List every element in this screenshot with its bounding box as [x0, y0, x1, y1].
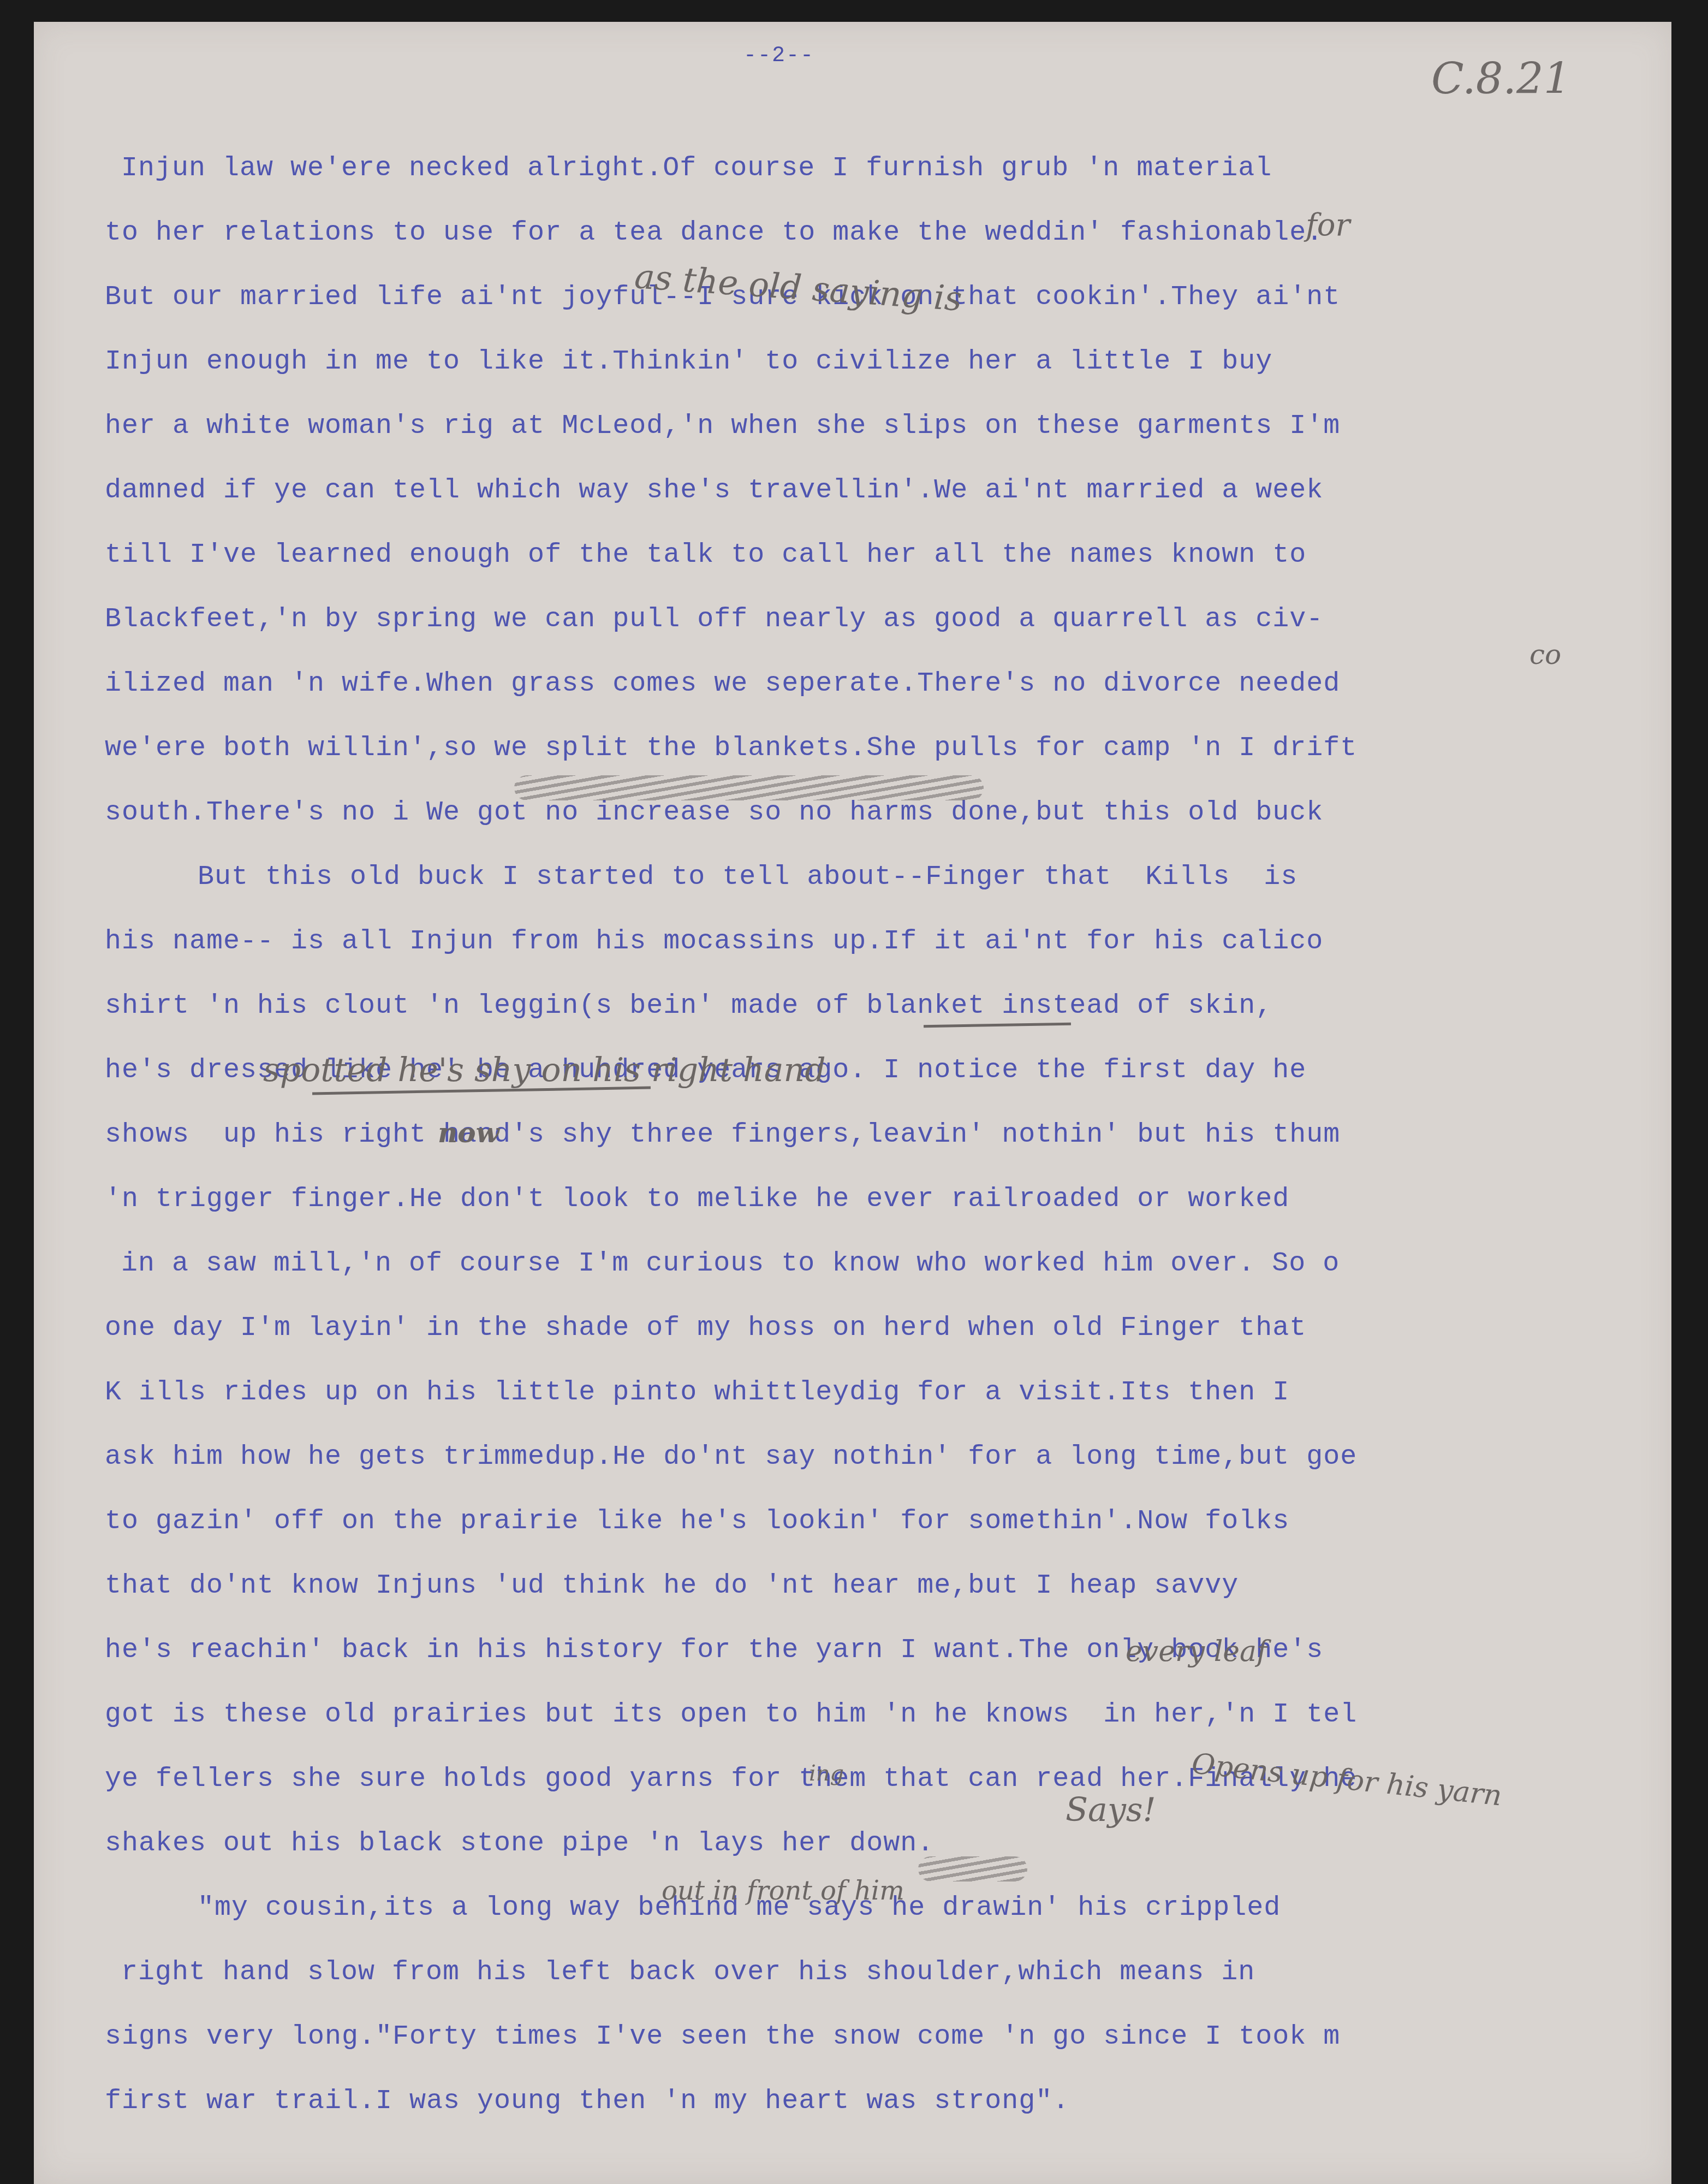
scribble-strikeout — [514, 775, 984, 800]
body-text: Injun law we'ere necked alright.Of cours… — [105, 136, 1579, 2134]
archive-reference: C.8.21 — [1431, 55, 1570, 104]
text-line: K ills rides up on his little pinto whit… — [105, 1361, 1579, 1425]
text-line: Injun law we'ere necked alright.Of cours… — [105, 136, 1579, 201]
text-line: one day I'm layin' in the shade of my ho… — [105, 1296, 1579, 1361]
typewritten-page: --2-- C.8.21 Injun law we'ere necked alr… — [34, 22, 1671, 2184]
text-line: signs very long."Forty times I've seen t… — [105, 2005, 1579, 2069]
text-line: in a saw mill,'n of course I'm curious t… — [105, 1232, 1579, 1296]
annotation-every-leaf: every leaf — [1126, 1635, 1267, 1668]
text-line: right hand slow from his left back over … — [105, 1940, 1579, 2005]
text-line: to her relations to use for a tea dance … — [105, 201, 1579, 265]
scribble-says — [918, 1856, 1027, 1882]
text-line: ilized man 'n wife.When grass comes we s… — [105, 652, 1579, 716]
annotation-says: Says! — [1066, 1791, 1156, 1829]
text-line: 'n trigger finger.He don't look to melik… — [105, 1167, 1579, 1232]
text-line: damned if ye can tell which way she's tr… — [105, 459, 1579, 523]
text-line: we'ere both willin',so we split the blan… — [105, 716, 1579, 781]
page-number: --2-- — [743, 44, 814, 68]
text-line: got is these old prairies but its open t… — [105, 1683, 1579, 1747]
text-line: ask him how he gets trimmedup.He do'nt s… — [105, 1425, 1579, 1489]
text-line: Blackfeet,'n by spring we can pull off n… — [105, 587, 1579, 652]
text-line: that do'nt know Injuns 'ud think he do '… — [105, 1554, 1579, 1618]
text-line: shirt 'n his clout 'n leggin(s bein' mad… — [105, 974, 1579, 1038]
text-line: till I've learned enough of the talk to … — [105, 523, 1579, 587]
text-line: her a white woman's rig at McLeod,'n whe… — [105, 394, 1579, 459]
text-line: first war trail.I was young then 'n my h… — [105, 2069, 1579, 2134]
text-line: shakes out his black stone pipe 'n lays … — [105, 1812, 1579, 1876]
annotation-for: for — [1306, 207, 1350, 243]
text-line: shows up his right hand's shy three fing… — [105, 1103, 1579, 1167]
text-line: to gazin' off on the prairie like he's l… — [105, 1489, 1579, 1554]
text-line: his name-- is all Injun from his mocassi… — [105, 910, 1579, 974]
annotation-out-in-front: out in front of him — [662, 1876, 904, 1906]
text-line: Injun enough in me to like it.Thinkin' t… — [105, 330, 1579, 394]
annotation-spotted: spotted he's shy on his right hand — [263, 1051, 826, 1089]
annotation-margin-mark: co — [1530, 639, 1561, 670]
annotation-now: now — [438, 1117, 499, 1149]
text-line: But this old buck I started to tell abou… — [105, 845, 1579, 910]
annotation-ing: ing — [809, 1761, 844, 1786]
text-line: he's reachin' back in his history for th… — [105, 1618, 1579, 1683]
